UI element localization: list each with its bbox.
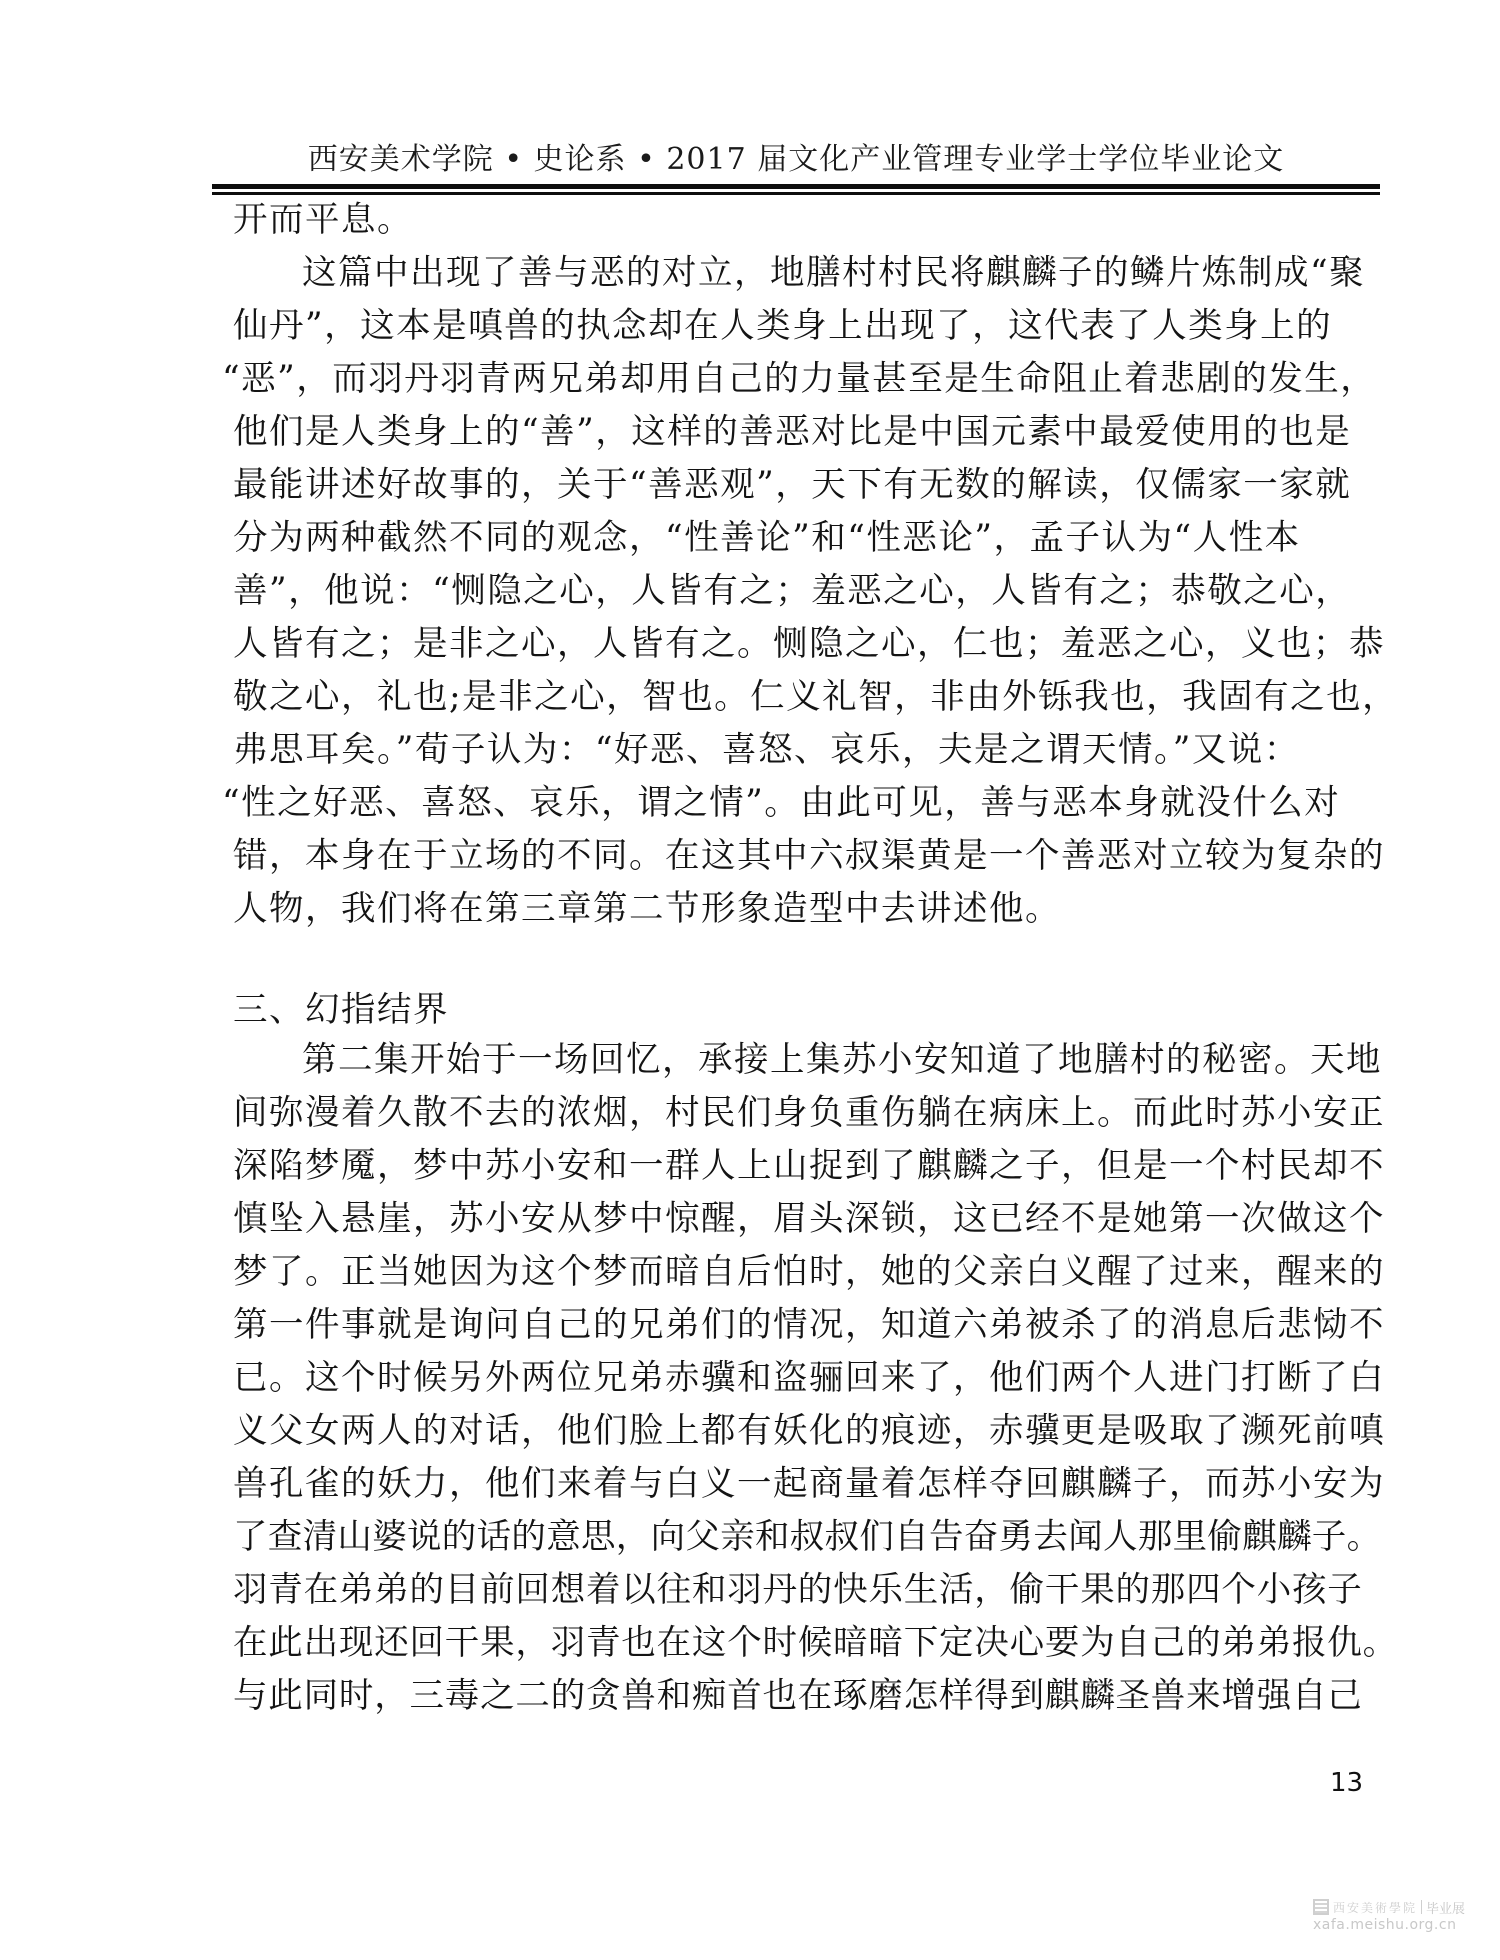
paragraph-line: 分为两种截然不同的观念，“性善论”和“性恶论”，孟子认为“人性本 [233, 518, 1383, 558]
paragraph-line: 兽孔雀的妖力，他们来着与白义一起商量着怎样夺回麒麟子，而苏小安为 [233, 1464, 1383, 1504]
paragraph-line: 已。这个时候另外两位兄弟赤骥和盗骊回来了，他们两个人进门打断了白 [233, 1358, 1383, 1398]
paragraph-line: 间弥漫着久散不去的浓烟，村民们身负重伤躺在病床上。而此时苏小安正 [233, 1093, 1383, 1133]
header-rule-thin [212, 192, 1380, 195]
paragraph-line: 深陷梦魇，梦中苏小安和一群人上山捉到了麒麟之子，但是一个村民却不 [233, 1146, 1383, 1186]
paragraph-line: “恶”，而羽丹羽青两兄弟却用自己的力量甚至是生命阻止着悲剧的发生， [222, 359, 1372, 399]
section-heading: 三、幻指结界 [233, 990, 1383, 1030]
paragraph-line: 最能讲述好故事的，关于“善恶观”，天下有无数的解读，仅儒家一家就 [233, 465, 1383, 505]
paragraph-line: 了查清山婆说的话的意思，向父亲和叔叔们自告奋勇去闻人那里偷麒麟子。 [233, 1517, 1383, 1557]
paragraph-line: 义父女两人的对话，他们脸上都有妖化的痕迹，赤骥更是吸取了濒死前嗔 [233, 1411, 1383, 1451]
paragraph-line: 第一件事就是询问自己的兄弟们的情况，知道六弟被杀了的消息后悲恸不 [233, 1305, 1383, 1345]
watermark-url: xafa.meishu.org.cn [1313, 1917, 1473, 1933]
paragraph-line: 他们是人类身上的“善”，这样的善恶对比是中国元素中最爱使用的也是 [233, 412, 1383, 452]
watermark-label: 毕业展 [1426, 1898, 1465, 1917]
watermark-divider [1421, 1900, 1422, 1914]
header-rule-thick [212, 184, 1380, 189]
paragraph-line: 善”，他说：“恻隐之心，人皆有之；羞恶之心，人皆有之；恭敬之心， [233, 571, 1383, 611]
paragraph-line: “性之好恶、喜怒、哀乐，谓之情”。由此可见，善与恶本身就没什么对 [222, 783, 1372, 823]
page-number: 13 [1330, 1768, 1363, 1798]
paragraph-line: 人物，我们将在第三章第二节形象造型中去讲述他。 [233, 889, 1383, 929]
paragraph-line: 羽青在弟弟的目前回想着以往和羽丹的快乐生活，偷干果的那四个小孩子 [233, 1570, 1383, 1610]
paragraph-line: 慎坠入悬崖，苏小安从梦中惊醒，眉头深锁，这已经不是她第一次做这个 [233, 1199, 1383, 1239]
paragraph-line: 与此同时，三毒之二的贪兽和痴首也在琢磨怎样得到麒麟圣兽来增强自己 [233, 1676, 1383, 1716]
paragraph-line: 开而平息。 [233, 200, 1383, 240]
paragraph-line: 这篇中出现了善与恶的对立，地膳村村民将麒麟子的鳞片炼制成“聚 [302, 253, 1452, 293]
watermark: 西安美術學院 毕业展 xafa.meishu.org.cn [1313, 1898, 1473, 1933]
paragraph-line: 在此出现还回干果，羽青也在这个时候暗暗下定决心要为自己的弟弟报仇。 [233, 1623, 1383, 1663]
paragraph-line: 敬之心，礼也;是非之心，智也。仁义礼智，非由外铄我也，我固有之也， [233, 677, 1383, 717]
school-logo-icon [1313, 1899, 1329, 1915]
paragraph-line: 第二集开始于一场回忆，承接上集苏小安知道了地膳村的秘密。天地 [302, 1040, 1452, 1080]
paragraph-line: 弗思耳矣。”荀子认为：“好恶、喜怒、哀乐，夫是之谓天情。”又说： [233, 730, 1383, 770]
paragraph-line: 仙丹”，这本是嗔兽的执念却在人类身上出现了，这代表了人类身上的 [233, 306, 1383, 346]
watermark-school-name: 西安美術學院 [1333, 1899, 1417, 1916]
paragraph-line: 人皆有之；是非之心，人皆有之。恻隐之心，仁也；羞恶之心，义也；恭 [233, 624, 1383, 664]
header-title: 西安美术学院 • 史论系 • 2017 届文化产业管理专业学士学位毕业论文 [212, 142, 1380, 178]
paragraph-line: 错，本身在于立场的不同。在这其中六叔渠黄是一个善恶对立较为复杂的 [233, 836, 1383, 876]
paragraph-line: 梦了。正当她因为这个梦而暗自后怕时，她的父亲白义醒了过来，醒来的 [233, 1252, 1383, 1292]
